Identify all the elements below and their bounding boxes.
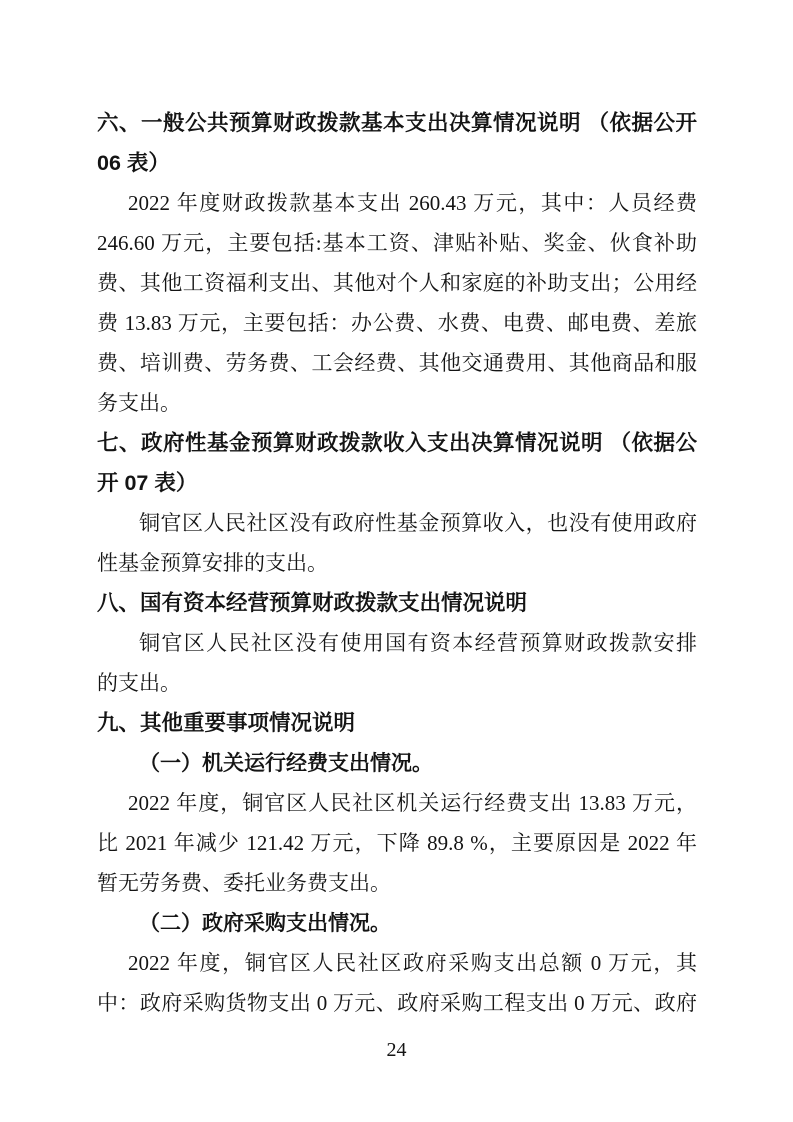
subsection-heading-line: （二）政府采购支出情况。 — [97, 903, 697, 943]
document-content: 六、一般公共预算财政拨款基本支出决算情况说明 （依据公开06 表）2022 年度… — [97, 103, 697, 1023]
body-text-line: 246.60 万元，主要包括:基本工资、津贴补贴、奖金、伙食补助 — [97, 223, 697, 263]
document-page: 六、一般公共预算财政拨款基本支出决算情况说明 （依据公开06 表）2022 年度… — [0, 0, 793, 1122]
section-heading-line: 八、国有资本经营预算财政拨款支出情况说明 — [97, 583, 697, 623]
subsection-heading-line: （一）机关运行经费支出情况。 — [97, 743, 697, 783]
body-text-line: 铜官区人民社区没有政府性基金预算收入，也没有使用政府 — [97, 503, 697, 543]
body-text-line: 务支出。 — [97, 383, 697, 423]
body-text-line: 费、培训费、劳务费、工会经费、其他交通费用、其他商品和服 — [97, 343, 697, 383]
page-number: 24 — [0, 1034, 793, 1066]
section-heading-line: 06 表） — [97, 143, 697, 183]
body-text-line: 性基金预算安排的支出。 — [97, 543, 697, 583]
section-heading-line: 九、其他重要事项情况说明 — [97, 703, 697, 743]
body-text-line: 比 2021 年减少 121.42 万元，下降 89.8 %，主要原因是 202… — [97, 823, 697, 863]
section-heading-line: 开 07 表） — [97, 463, 697, 503]
body-text-line: 2022 年度，铜官区人民社区政府采购支出总额 0 万元，其 — [97, 943, 697, 983]
body-text-line: 中：政府采购货物支出 0 万元、政府采购工程支出 0 万元、政府 — [97, 983, 697, 1023]
body-text-line: 铜官区人民社区没有使用国有资本经营预算财政拨款安排 — [97, 623, 697, 663]
section-heading-line: 六、一般公共预算财政拨款基本支出决算情况说明 （依据公开 — [97, 103, 697, 143]
body-text-line: 费、其他工资福利支出、其他对个人和家庭的补助支出；公用经 — [97, 263, 697, 303]
body-text-line: 的支出。 — [97, 663, 697, 703]
section-heading-line: 七、政府性基金预算财政拨款收入支出决算情况说明 （依据公 — [97, 423, 697, 463]
body-text-line: 2022 年度，铜官区人民社区机关运行经费支出 13.83 万元， — [97, 783, 697, 823]
body-text-line: 2022 年度财政拨款基本支出 260.43 万元，其中：人员经费 — [97, 183, 697, 223]
body-text-line: 暂无劳务费、委托业务费支出。 — [97, 863, 697, 903]
body-text-line: 费 13.83 万元，主要包括：办公费、水费、电费、邮电费、差旅 — [97, 303, 697, 343]
